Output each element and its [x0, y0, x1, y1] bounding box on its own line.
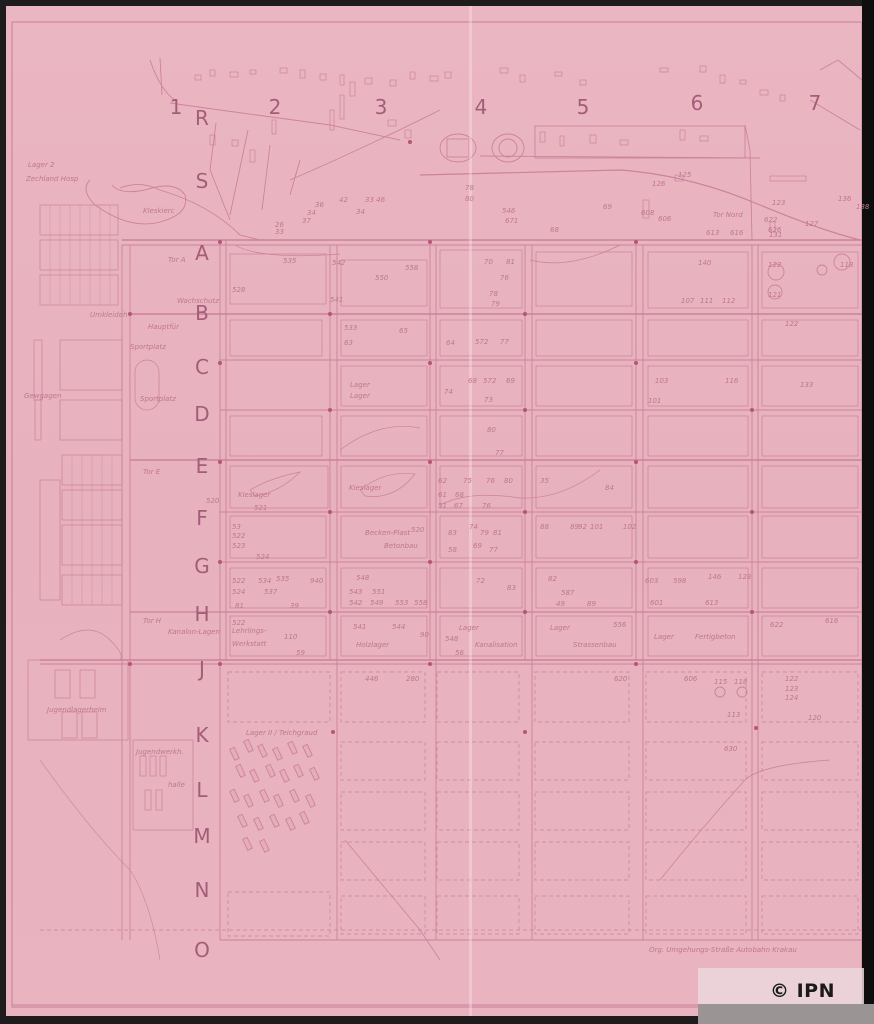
building-number-label: 80: [504, 478, 513, 485]
building-number-label: 49: [556, 601, 565, 608]
place-name-label: Tor H: [143, 618, 161, 625]
building-number-label: 35: [540, 478, 549, 485]
building-number-label: 64: [446, 340, 455, 347]
building-number-label: 113: [727, 712, 740, 719]
grid-row-label: N: [195, 880, 210, 900]
grid-row-label: K: [195, 725, 208, 745]
building-number-label: 33 46: [365, 197, 385, 204]
building-number-label: 115: [714, 679, 727, 686]
building-number-label: 541: [353, 624, 366, 631]
place-name-label: halle: [168, 782, 185, 789]
building-number-label: 606: [658, 216, 671, 223]
building-number-label: 136: [838, 196, 851, 203]
building-number-label: 124: [785, 695, 798, 702]
building-number-label: 118: [840, 262, 853, 269]
place-name-label: Tor A: [168, 257, 186, 264]
building-number-label: 613: [705, 600, 718, 607]
place-name-label: Lager: [459, 625, 479, 632]
place-name-label: Tor Nord: [713, 212, 743, 219]
building-number-label: 622: [764, 217, 777, 224]
building-number-label: 36: [315, 202, 324, 209]
grid-column-label: 1: [170, 97, 183, 117]
building-number-label: 542: [349, 600, 362, 607]
building-number-label: 34: [307, 210, 316, 217]
place-name-label: Lager II / Teichgraud: [246, 730, 317, 737]
place-name-label: Sportplatz: [140, 396, 176, 403]
building-number-label: 34: [356, 209, 365, 216]
place-name-label: Wachschutz: [177, 298, 219, 305]
place-name-label: Jugendlagerheim: [47, 707, 107, 714]
building-number-label: 101: [648, 398, 661, 405]
building-number-label: 42: [339, 197, 348, 204]
building-number-label: 123: [772, 200, 785, 207]
building-number-label: 533: [344, 325, 357, 332]
building-number-label: 608: [641, 210, 654, 217]
building-number-label: 59: [296, 650, 305, 657]
place-name-label: Zechland Hosp: [26, 176, 78, 183]
building-number-label: 620: [614, 676, 627, 683]
paper-fold-line: [469, 6, 472, 1016]
building-number-label: 37: [302, 218, 311, 225]
building-number-label: 78: [465, 185, 474, 192]
building-number-label: 603: [645, 578, 658, 585]
grid-row-label: L: [196, 780, 207, 800]
place-name-label: Kanalon-Lagen: [168, 629, 220, 636]
building-number-label: 65: [399, 328, 408, 335]
place-name-label: Sportplatz: [130, 344, 166, 351]
building-number-label: 79: [480, 530, 489, 537]
building-number-label: 53: [232, 524, 241, 531]
grid-column-label: 2: [269, 97, 282, 117]
building-number-label: 606: [684, 676, 697, 683]
building-number-label: 551: [372, 589, 385, 596]
watermark-footer: [698, 1004, 874, 1024]
building-number-label: 83: [507, 585, 516, 592]
building-number-label: 131: [769, 232, 782, 239]
building-number-label: 548: [356, 575, 369, 582]
grid-row-label: F: [196, 508, 208, 528]
grid-column-label: 3: [375, 97, 388, 117]
place-name-label: Gewgagen: [24, 393, 61, 400]
building-number-label: 111: [700, 298, 713, 305]
place-name-label: Becken-Plast: [365, 530, 410, 537]
grid-row-label: E: [196, 456, 209, 476]
place-name-label: Lager: [350, 393, 370, 400]
building-number-label: 522: [232, 533, 245, 540]
grid-row-label: A: [195, 243, 209, 263]
building-number-label: 542: [332, 260, 345, 267]
grid-row-label: D: [194, 404, 209, 424]
building-number-label: 133: [800, 382, 813, 389]
place-name-label: Kieslager: [349, 485, 381, 492]
building-number-label: 120: [808, 715, 821, 722]
building-number-label: 101: [590, 524, 603, 531]
building-number-label: 67: [454, 503, 463, 510]
building-number-label: 556: [613, 622, 626, 629]
grid-row-label: S: [196, 171, 209, 191]
grid-column-label: 5: [577, 97, 590, 117]
building-number-label: 74: [444, 389, 453, 396]
place-name-label: Tor E: [143, 469, 160, 476]
building-number-label: 123: [785, 686, 798, 693]
building-number-label: 121: [768, 292, 781, 299]
building-number-label: 125: [678, 172, 691, 179]
building-number-label: 128: [738, 574, 751, 581]
grid-row-label: M: [193, 826, 210, 846]
building-number-label: 127: [805, 221, 818, 228]
place-name-label: Betonbau: [384, 543, 418, 550]
building-number-label: 146: [708, 574, 721, 581]
building-number-label: 616: [730, 230, 743, 237]
building-number-label: 122: [785, 321, 798, 328]
building-number-label: 63: [344, 340, 353, 347]
building-number-label: 72: [476, 578, 485, 585]
building-number-label: 88: [540, 524, 549, 531]
building-number-label: 81: [235, 603, 244, 610]
building-number-label: 78: [489, 291, 498, 298]
building-number-label: 68: [550, 227, 559, 234]
building-number-label: 77: [500, 339, 509, 346]
place-name-label: Werkstatt: [232, 641, 266, 648]
grid-row-label: B: [195, 303, 209, 323]
building-number-label: 138: [856, 204, 869, 211]
building-number-label: 89: [587, 601, 596, 608]
building-number-label: 51: [438, 503, 447, 510]
building-number-label: 56: [455, 650, 464, 657]
building-number-label: 550: [375, 275, 388, 282]
grid-row-label: G: [194, 556, 210, 576]
building-number-label: 940: [310, 578, 323, 585]
building-number-label: 558: [405, 265, 418, 272]
building-number-label: 553: [395, 600, 408, 607]
building-number-label: 522: [232, 620, 245, 627]
building-number-label: 74: [469, 524, 478, 531]
building-number-label: 535: [283, 258, 296, 265]
building-number-label: 122: [768, 262, 781, 269]
place-name-label: Kanalisation: [475, 642, 518, 649]
place-name-label: Kleskierc: [143, 208, 175, 215]
place-name-label: Lehrlings-: [232, 628, 266, 635]
building-number-label: 80: [487, 427, 496, 434]
building-number-label: 76: [486, 478, 495, 485]
place-name-label: Lager: [550, 625, 570, 632]
building-number-label: 102: [623, 524, 636, 531]
building-number-label: 520: [206, 498, 219, 505]
building-number-label: 61: [438, 492, 447, 499]
building-number-label: 534: [258, 578, 271, 585]
map-border: [12, 22, 862, 1007]
place-name-label: Umkleideh: [90, 312, 127, 319]
building-number-label: 82: [548, 576, 557, 583]
building-number-label: 68: [468, 378, 477, 385]
building-number-label: 572: [475, 339, 488, 346]
building-number-label: 613: [706, 230, 719, 237]
building-number-label: 520: [411, 527, 424, 534]
building-number-label: 140: [698, 260, 711, 267]
building-number-label: 616: [825, 618, 838, 625]
grid-column-label: 6: [691, 93, 704, 113]
map-sheet: 1234567RSABCDEFGHJKLMNOLager 2Zechland H…: [6, 6, 862, 1016]
place-name-label: Hauptfür: [148, 324, 179, 331]
building-number-label: 69: [603, 204, 612, 211]
building-number-label: 587: [561, 590, 574, 597]
building-number-label: 81: [493, 530, 502, 537]
building-number-label: 77: [489, 547, 498, 554]
building-number-label: 84: [605, 485, 614, 492]
place-name-label: Lager: [350, 382, 370, 389]
copyright-watermark: © IPN: [770, 980, 835, 1002]
building-number-label: 524: [232, 589, 245, 596]
building-number-label: 523: [232, 543, 245, 550]
building-number-label: 543: [349, 589, 362, 596]
map-drawing: [6, 6, 862, 1016]
building-number-label: 75: [463, 478, 472, 485]
building-number-label: 541: [330, 297, 343, 304]
building-number-label: 535: [276, 576, 289, 583]
building-number-label: 62: [438, 478, 447, 485]
building-number-label: 80: [465, 196, 474, 203]
building-number-label: 79: [491, 301, 500, 308]
grid-row-label: J: [199, 659, 205, 679]
grid-row-label: C: [195, 357, 209, 377]
building-number-label: 90: [420, 632, 429, 639]
building-number-label: 73: [484, 397, 493, 404]
building-number-label: 549: [370, 600, 383, 607]
grid-row-label: H: [194, 604, 209, 624]
place-name-label: Org. Umgehungs-Straße Autobahn Krakau: [649, 947, 797, 954]
building-number-label: 537: [264, 589, 277, 596]
place-name-label: Strassenbau: [573, 642, 617, 649]
grid-row-label: O: [194, 940, 210, 960]
building-number-label: 76: [482, 503, 491, 510]
building-number-label: 77: [495, 450, 504, 457]
building-number-label: 116: [725, 378, 738, 385]
building-number-label: 118: [734, 679, 747, 686]
building-number-label: 622: [770, 622, 783, 629]
building-number-label: 58: [448, 547, 457, 554]
building-number-label: 601: [650, 600, 663, 607]
building-number-label: 76: [500, 275, 509, 282]
building-number-label: 70: [484, 259, 493, 266]
scan-edge-right: [862, 0, 874, 1024]
building-number-label: 528: [232, 287, 245, 294]
building-number-label: 83: [448, 530, 457, 537]
building-number-label: 103: [655, 378, 668, 385]
building-number-label: 598: [673, 578, 686, 585]
building-number-label: 572: [483, 378, 496, 385]
place-name-label: Jugendwerkh.: [136, 749, 184, 756]
place-name-label: Fertigbeton: [695, 634, 736, 641]
building-number-label: 69: [473, 543, 482, 550]
building-number-label: 522: [232, 578, 245, 585]
building-number-label: 110: [284, 634, 297, 641]
grid-column-label: 4: [475, 97, 488, 117]
building-number-label: 630: [724, 746, 737, 753]
building-number-label: 107: [681, 298, 694, 305]
grid-row-label: R: [195, 108, 209, 128]
building-number-label: 122: [785, 676, 798, 683]
building-number-label: 280: [406, 676, 419, 683]
building-number-label: 671: [505, 218, 518, 225]
building-number-label: 544: [392, 624, 405, 631]
building-number-label: 69: [506, 378, 515, 385]
building-number-label: 68: [455, 492, 464, 499]
building-number-label: 446: [365, 676, 378, 683]
building-number-label: 33: [275, 229, 284, 236]
grid-column-label: 7: [809, 93, 822, 113]
place-name-label: Kieslager: [238, 492, 270, 499]
building-number-label: 546: [502, 208, 515, 215]
building-number-label: 558: [414, 600, 427, 607]
building-number-label: 112: [722, 298, 735, 305]
building-number-label: 92: [578, 524, 587, 531]
building-number-label: 521: [254, 505, 267, 512]
building-number-label: 524: [256, 554, 269, 561]
building-number-label: 126: [652, 181, 665, 188]
place-name-label: Holzlager: [356, 642, 389, 649]
building-number-label: 81: [506, 259, 515, 266]
building-number-label: 39: [290, 603, 299, 610]
building-number-label: 548: [445, 636, 458, 643]
place-name-label: Lager 2: [28, 162, 55, 169]
place-name-label: Lager: [654, 634, 674, 641]
